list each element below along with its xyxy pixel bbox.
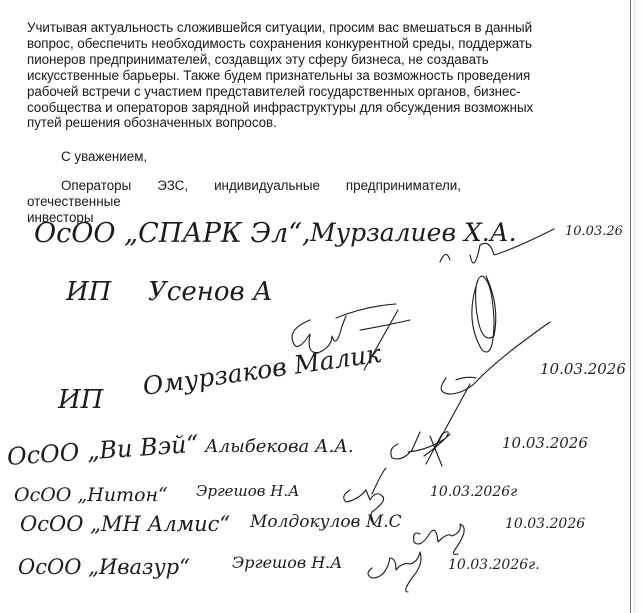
signature-date: 10.03.26 [565,224,623,239]
signature-name: Эргешов Н.А [232,553,342,572]
signature-org: ОсОО „СПАРК Эл“, [34,218,311,249]
body-line: рабочей встречи с участием представителе… [27,84,461,100]
signature-name: Усенов А [148,277,273,307]
closing: С уважением, [61,149,147,164]
signature-name: Эргешов Н.А [196,482,299,500]
signature-org: ОсОО „Ивазур“ [18,555,190,579]
page-edge [630,0,631,613]
body-line: вопрос, обеспечить необходимость сохране… [27,36,461,52]
signature-date: 10.03.2026 [505,516,585,532]
signature-date: 10.03.2026г [430,484,517,500]
letter-body: Учитывая актуальность сложившейся ситуац… [27,20,461,131]
body-line: Учитывая актуальность сложившейся ситуац… [27,20,461,36]
page-shadow [633,0,642,613]
signature-org: ОсОО „Ви Вэй“ [6,430,200,471]
signature-name: Омурзаков Малик [141,339,383,401]
signature-org: ИП [58,385,103,415]
signature-name: Алыбекова А.А. [205,436,354,457]
signature-name: Мурзалиев Х.А. [310,218,517,247]
signature-org: ОсОО „МН Алмис“ [20,512,230,536]
signature-name: Молдокулов М.С [250,512,402,532]
signature-org: ИП [66,277,111,307]
signature-date: 10.03.2026 [540,360,626,378]
body-line: сообщества и операторов зарядной инфраст… [27,100,461,116]
body-line: искусственные барьеры. Также будем призн… [27,68,461,84]
body-line: пионеров предпринимателей, создавщих эту… [27,52,461,68]
signature-date: 10.03.2026г. [448,557,540,573]
signature-date: 10.03.2026 [502,434,588,452]
body-line: путей решения обозначенных вопросов. [27,115,461,131]
signature-org: ОсОО „Нитон“ [14,484,168,506]
signers-line: Операторы ЭЗС, индивидуальные предприним… [27,178,461,210]
